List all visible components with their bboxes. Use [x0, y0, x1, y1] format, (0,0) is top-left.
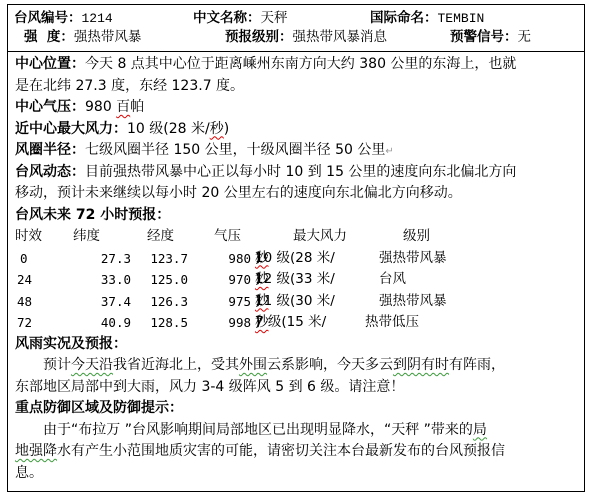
defense-text: 水有产生小范围地质灾害的可能，请密切关注本台最新发布的台风预报信: [57, 443, 505, 459]
center-pressure-value: 980: [85, 99, 116, 115]
cell-lat: 33.0: [75, 269, 131, 291]
forecast-table-header: 时效 纬度 经度 气压 最大风力 级别: [15, 226, 574, 248]
warning-signal-label: 预警信号：: [450, 29, 518, 45]
cell-hours: 72: [17, 312, 32, 334]
max-wind-unit: 秒: [210, 121, 224, 137]
bulletin-body: 中心位置：今天 8 点其中心位于距离嵊州东南方向大约 380 公里的东海上，也就…: [8, 52, 584, 484]
cell-level: 台风: [379, 269, 406, 291]
weather-text-marked: 外围: [239, 357, 267, 373]
center-pressure-unit: 百: [116, 99, 130, 115]
center-position-text: 今天 8 点其中心位于距离嵊州东南方向大约 380 公里的东海上，也就: [85, 56, 516, 72]
cell-lon: 128.5: [142, 312, 188, 334]
cell-pressure: 980: [211, 248, 251, 270]
paragraph-return-icon: ↵: [385, 146, 393, 157]
weather-text: 云系影响，今天多云: [267, 357, 393, 373]
weather-text-marked: 今天沿: [71, 357, 113, 373]
warning-signal: 预警信号：无: [450, 27, 531, 47]
defense-text-marked: 地强降: [15, 443, 57, 459]
international-name-value: TEMBIN: [438, 11, 485, 26]
cell-wind-close: ): [255, 291, 260, 313]
weather-text: 预计: [43, 357, 71, 373]
cell-pressure: 975: [211, 291, 251, 313]
column-latitude: 纬度: [73, 226, 100, 248]
intensity: 强 度：强热带风暴: [24, 27, 141, 47]
weather-line1: 预计今天沿我省近海北上，受其外围云系影响，今天多云到阴有时有阵雨，: [15, 355, 574, 377]
typhoon-number-label: 台风编号：: [14, 10, 82, 26]
weather-text-marked: 到阴有时: [393, 357, 449, 373]
cell-lon: 125.0: [142, 269, 188, 291]
max-wind-label: 近中心最大风力：: [15, 121, 127, 137]
international-name: 国际命名：TEMBIN: [370, 8, 484, 28]
cell-lon: 126.3: [142, 291, 188, 313]
international-name-label: 国际命名：: [370, 10, 438, 26]
weather-text: 有阵雨，: [449, 357, 505, 373]
cell-hours: 0: [20, 248, 28, 270]
dynamics-text: 目前强热带风暴中心正以每小时 10 到 15 公里的速度向东北偏北方向: [85, 164, 516, 180]
forecast-row: 72 40.9 128.5 998 7 级(15 米/秒) 热带低压: [15, 312, 574, 334]
chinese-name: 中文名称：天秤: [193, 8, 288, 28]
column-hours: 时效: [15, 226, 42, 248]
dynamics-label: 台风动态：: [15, 164, 85, 180]
max-wind-value: 10 级(28 米/: [127, 121, 210, 137]
forecast-row: 24 33.0 125.0 970 12 级(33 米/秒) 台风: [15, 269, 574, 291]
warning-signal-value: 无: [518, 29, 532, 45]
weather-text: 我省近海北上，受其: [113, 357, 239, 373]
cell-lon: 123.7: [142, 248, 188, 270]
wind-radius-label: 风圈半径：: [15, 142, 85, 158]
center-position-label: 中心位置：: [15, 56, 85, 72]
cell-pressure: 998: [211, 312, 251, 334]
intensity-label: 强 度：: [24, 29, 74, 45]
weather-line2: 东部地区局部中到大雨，风力 3-4 级阵风 5 到 6 级。请注意！: [15, 377, 574, 399]
center-pressure-label: 中心气压：: [15, 99, 85, 115]
cell-hours: 48: [17, 291, 32, 313]
intensity-value: 强热带风暴: [74, 29, 142, 45]
column-max-wind: 最大风力: [293, 226, 347, 248]
max-wind-close: ): [224, 121, 229, 137]
defense-title: 重点防御区域及防御提示：: [15, 398, 574, 420]
weather-title: 风雨实况及预报：: [15, 334, 574, 356]
forecast-level-value: 强热带风暴消息: [293, 29, 388, 45]
defense-text-marked: 局: [473, 422, 487, 438]
forecast-title: 台风未来 72 小时预报：: [15, 205, 574, 227]
center-pressure: 中心气压：980 百帕: [15, 97, 574, 119]
cell-level: 热带低压: [365, 312, 419, 334]
column-pressure: 气压: [214, 226, 241, 248]
typhoon-number-value: 1214: [82, 11, 113, 26]
defense-line1: 由于“布拉万 ”台风影响期间局部地区已出现明显降水，“天秤 ”带来的局: [15, 420, 574, 442]
forecast-level: 预报级别：强热带风暴消息: [225, 27, 387, 47]
chinese-name-value: 天秤: [261, 10, 288, 26]
typhoon-bulletin: 台风编号：1214 中文名称：天秤 国际命名：TEMBIN 强 度：强热带风暴 …: [7, 4, 585, 492]
chinese-name-label: 中文名称：: [193, 10, 261, 26]
cell-wind-close: ): [255, 248, 260, 270]
center-position-line1: 中心位置：今天 8 点其中心位于距离嵊州东南方向大约 380 公里的东海上，也就: [15, 54, 574, 76]
forecast-row: 48 37.4 126.3 975 11 级(30 米/秒) 强热带风暴: [15, 291, 574, 313]
cell-level: 强热带风暴: [379, 291, 447, 313]
dynamics-line2: 移动，预计未来继续以每小时 20 公里左右的速度向东北偏北方向移动。: [15, 183, 574, 205]
defense-line2: 地强降水有产生小范围地质灾害的可能，请密切关注本台最新发布的台风预报信: [15, 441, 574, 463]
cell-lat: 27.3: [75, 248, 131, 270]
forecast-level-label: 预报级别：: [225, 29, 293, 45]
forecast-table: 时效 纬度 经度 气压 最大风力 级别 0 27.3 123.7 980 10 …: [15, 226, 574, 334]
cell-wind-close: ): [255, 312, 260, 334]
cell-pressure: 970: [211, 269, 251, 291]
forecast-row: 0 27.3 123.7 980 10 级(28 米/秒) 强热带风暴: [15, 248, 574, 270]
dynamics-line1: 台风动态：目前强热带风暴中心正以每小时 10 到 15 公里的速度向东北偏北方向: [15, 162, 574, 184]
typhoon-number: 台风编号：1214: [14, 8, 113, 28]
wind-radius: 风圈半径：七级风圈半径 150 公里，十级风圈半径 50 公里↵: [15, 140, 574, 162]
cell-hours: 24: [17, 269, 32, 291]
defense-text: 由于“布拉万 ”台风影响期间局部地区已出现明显降水，“天秤 ”带来的: [43, 422, 473, 438]
cell-lat: 37.4: [75, 291, 131, 313]
cell-wind-close: ): [255, 269, 260, 291]
cell-lat: 40.9: [75, 312, 131, 334]
wind-radius-value: 七级风圈半径 150 公里，十级风圈半径 50 公里: [85, 142, 385, 158]
center-position-line2: 是在北纬 27.3 度，东经 123.7 度。: [15, 76, 574, 98]
column-level: 级别: [403, 226, 430, 248]
center-pressure-unit-tail: 帕: [130, 99, 144, 115]
bulletin-header: 台风编号：1214 中文名称：天秤 国际命名：TEMBIN 强 度：强热带风暴 …: [8, 5, 584, 52]
max-wind: 近中心最大风力：10 级(28 米/秒): [15, 119, 574, 141]
column-longitude: 经度: [147, 226, 174, 248]
cell-level: 强热带风暴: [379, 248, 447, 270]
defense-line3: 息。: [15, 463, 574, 485]
